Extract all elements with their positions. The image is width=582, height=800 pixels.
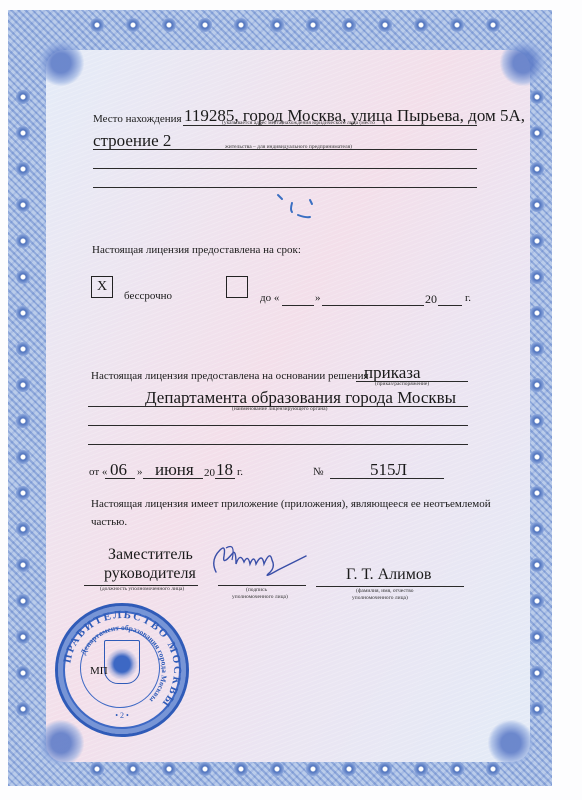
stamp-ring-text: ПРАВИТЕЛЬСТВО МОСКВЫ Департамент образов… bbox=[58, 606, 186, 734]
position-line-1: Заместитель bbox=[108, 546, 193, 564]
signature-scribble-icon bbox=[206, 540, 316, 580]
unlimited-label: бессрочно bbox=[124, 290, 172, 302]
until-year-field[interactable] bbox=[438, 305, 462, 306]
signatory-name: Г. Т. Алимов bbox=[346, 566, 431, 584]
until-year-prefix: 20 bbox=[425, 292, 437, 307]
checkbox-unlimited[interactable]: X bbox=[91, 276, 113, 298]
until-suffix: г. bbox=[465, 292, 471, 304]
date-day-close: » bbox=[137, 466, 143, 478]
authority-hint: (наименование лицензирующего органа) bbox=[232, 406, 327, 412]
address-hint-1: (указывается адрес места нахождения юрид… bbox=[222, 120, 375, 126]
ink-blot-icon bbox=[270, 185, 330, 225]
seal-place-label: МП bbox=[90, 665, 108, 677]
blank-line bbox=[88, 425, 468, 426]
decision-type: приказа bbox=[364, 363, 421, 383]
appendix-note-line-2: частью. bbox=[91, 516, 127, 528]
signature-underline bbox=[218, 585, 306, 586]
number-underline bbox=[330, 478, 444, 479]
address-line-2: строение 2 bbox=[93, 131, 171, 151]
checkbox-mark: X bbox=[92, 277, 112, 297]
date-month-underline bbox=[143, 478, 203, 479]
date-year-prefix: 20 bbox=[204, 467, 215, 479]
date-prefix: от « bbox=[89, 466, 107, 478]
date-day: 06 bbox=[110, 460, 127, 480]
signature-hint-1: (подпись bbox=[246, 587, 267, 593]
authority-name: Департамента образования города Москвы bbox=[145, 388, 456, 408]
address-hint-2: жительства – для индивидуального предпри… bbox=[225, 144, 352, 150]
license-number: 515Л bbox=[370, 460, 407, 480]
blank-line bbox=[88, 444, 468, 445]
position-hint: (должность уполномоченного лица) bbox=[100, 586, 184, 592]
location-label: Место нахождения bbox=[93, 113, 182, 125]
basis-label: Настоящая лицензия предоставлена на осно… bbox=[91, 370, 369, 382]
until-month-field[interactable] bbox=[322, 305, 424, 306]
decision-type-hint: (приказ/распоряжение) bbox=[375, 381, 429, 387]
until-day-field[interactable] bbox=[282, 305, 314, 306]
svg-text:• 2 •: • 2 • bbox=[115, 711, 129, 720]
date-month: июня bbox=[155, 460, 194, 480]
blank-line bbox=[93, 168, 477, 169]
signature-hint-2: уполномоченного лица) bbox=[232, 594, 288, 600]
appendix-note-line-1: Настоящая лицензия имеет приложение (при… bbox=[91, 498, 491, 510]
number-label: № bbox=[313, 466, 324, 478]
position-line-2: руководителя bbox=[104, 565, 196, 583]
name-hint-1: (фамилия, имя, отчество bbox=[356, 588, 414, 594]
term-label: Настоящая лицензия предоставлена на срок… bbox=[92, 244, 301, 256]
date-year-underline bbox=[215, 478, 235, 479]
date-year: 18 bbox=[216, 460, 233, 480]
until-prefix: до « bbox=[260, 292, 279, 304]
date-year-suffix: г. bbox=[237, 466, 243, 478]
name-hint-2: уполномоченного лица) bbox=[352, 595, 408, 601]
checkbox-until-date[interactable] bbox=[226, 276, 248, 298]
official-stamp: ПРАВИТЕЛЬСТВО МОСКВЫ Департамент образов… bbox=[55, 603, 189, 737]
svg-text:Департамент образования города: Департамент образования города Москвы bbox=[78, 623, 169, 704]
date-day-underline bbox=[105, 478, 135, 479]
until-mid: » bbox=[315, 292, 321, 304]
name-underline bbox=[316, 586, 464, 587]
